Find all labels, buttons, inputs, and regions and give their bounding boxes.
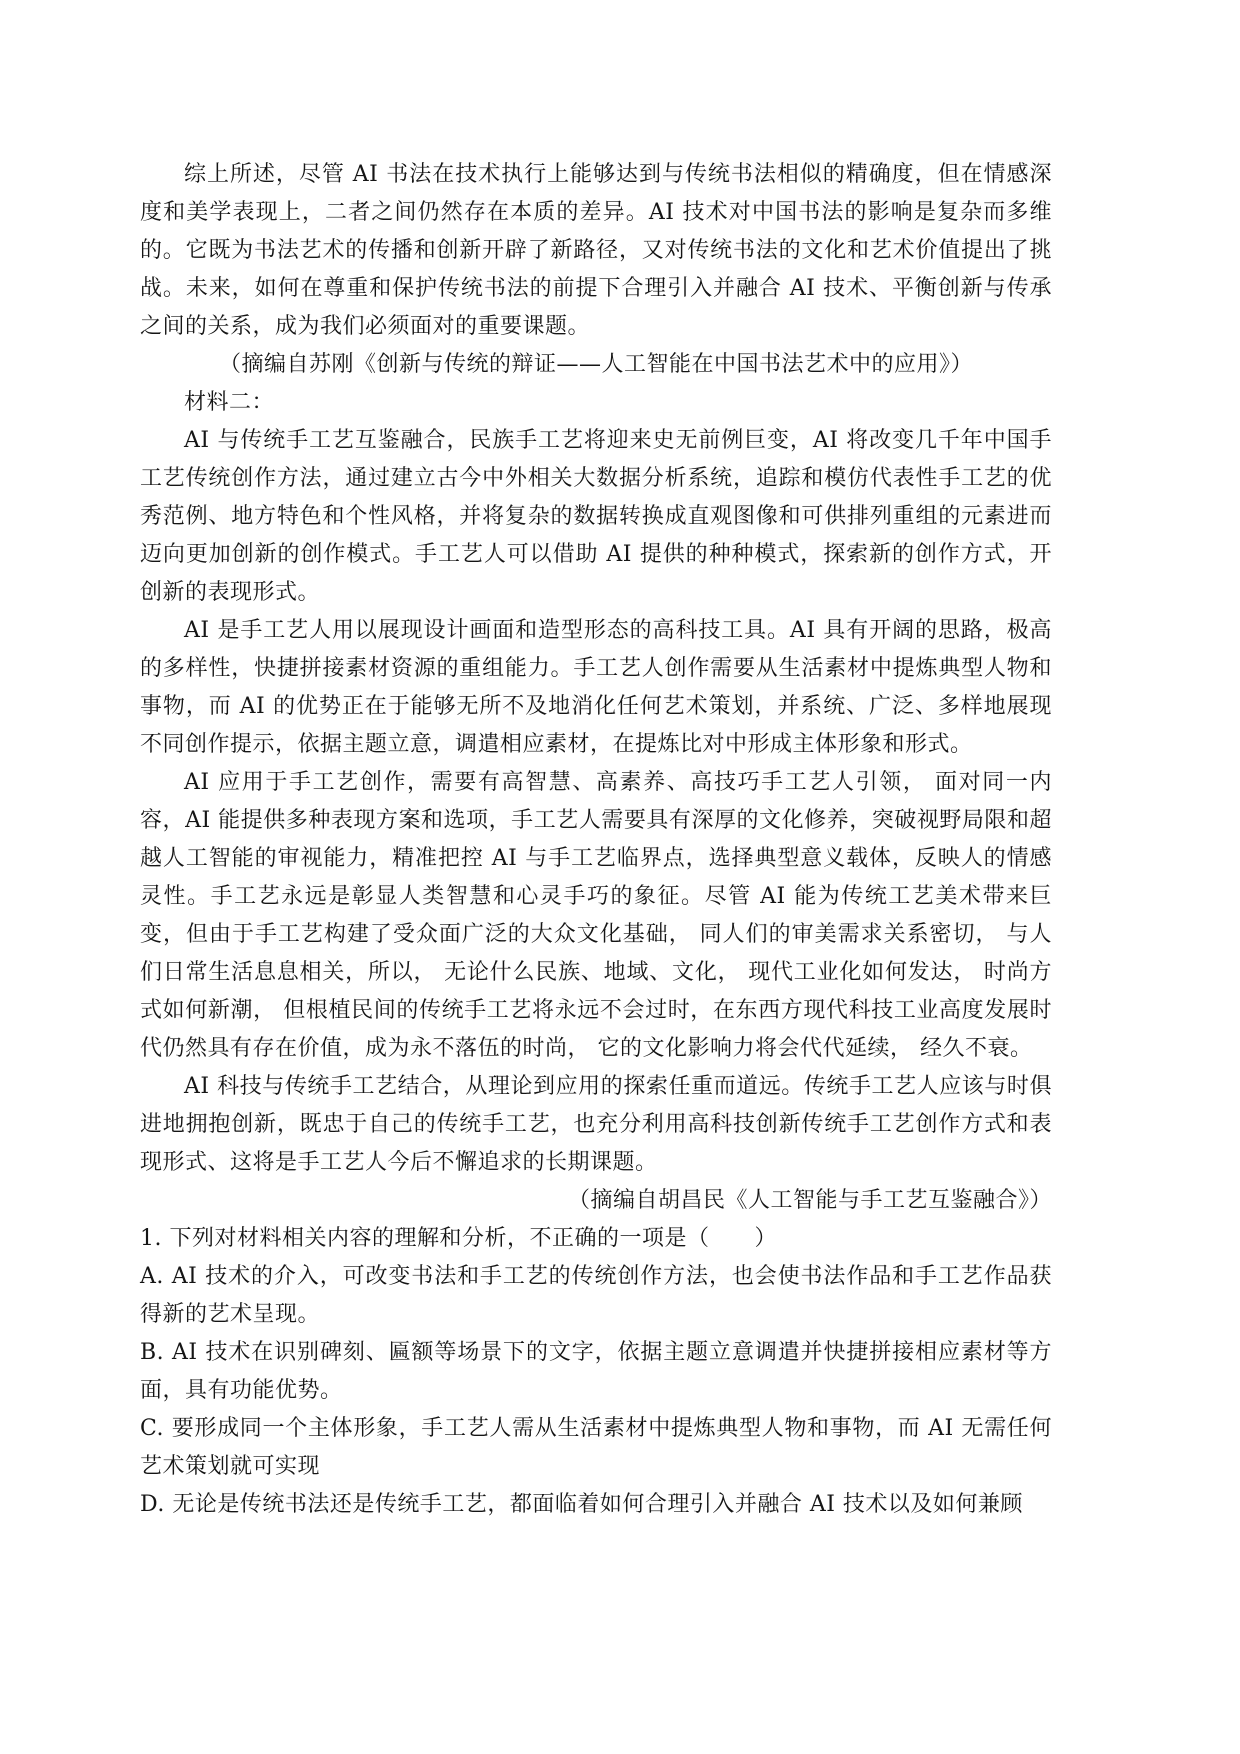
material2-heading: 材料二： (140, 384, 1052, 422)
question-1-option-d: D. 无论是传统书法还是传统手工艺，都面临着如何合理引入并融合 AI 技术以及如… (140, 1486, 1052, 1524)
material2-citation: （摘编自胡昌民《人工智能与手工艺互鉴融合》） (140, 1182, 1052, 1220)
material2-paragraph-4: AI 科技与传统手工艺结合，从理论到应用的探索任重而道远。传统手工艺人应该与时俱… (140, 1068, 1052, 1182)
question-1-stem: 1. 下列对材料相关内容的理解和分析，不正确的一项是（ ） (140, 1220, 1052, 1258)
material1-citation: （摘编自苏刚《创新与传统的辩证——人工智能在中国书法艺术中的应用》） (140, 346, 1052, 384)
material2-paragraph-3: AI 应用于手工艺创作，需要有高智慧、高素养、高技巧手工艺人引领， 面对同一内容… (140, 764, 1052, 1068)
material1-conclusion-paragraph: 综上所述，尽管 AI 书法在技术执行上能够达到与传统书法相似的精确度，但在情感深… (140, 156, 1052, 346)
passage-content: 综上所述，尽管 AI 书法在技术执行上能够达到与传统书法相似的精确度，但在情感深… (140, 156, 1052, 1524)
question-1-option-c: C. 要形成同一个主体形象，手工艺人需从生活素材中提炼典型人物和事物，而 AI … (140, 1410, 1052, 1486)
question-1-option-a: A. AI 技术的介入，可改变书法和手工艺的传统创作方法，也会使书法作品和手工艺… (140, 1258, 1052, 1334)
exam-document-page: 综上所述，尽管 AI 书法在技术执行上能够达到与传统书法相似的精确度，但在情感深… (0, 0, 1240, 1754)
material2-paragraph-2: AI 是手工艺人用以展现设计画面和造型形态的高科技工具。AI 具有开阔的思路，极… (140, 612, 1052, 764)
question-1-option-b: B. AI 技术在识别碑刻、匾额等场景下的文字，依据主题立意调遣并快捷拼接相应素… (140, 1334, 1052, 1410)
material2-paragraph-1: AI 与传统手工艺互鉴融合，民族手工艺将迎来史无前例巨变，AI 将改变几千年中国… (140, 422, 1052, 612)
